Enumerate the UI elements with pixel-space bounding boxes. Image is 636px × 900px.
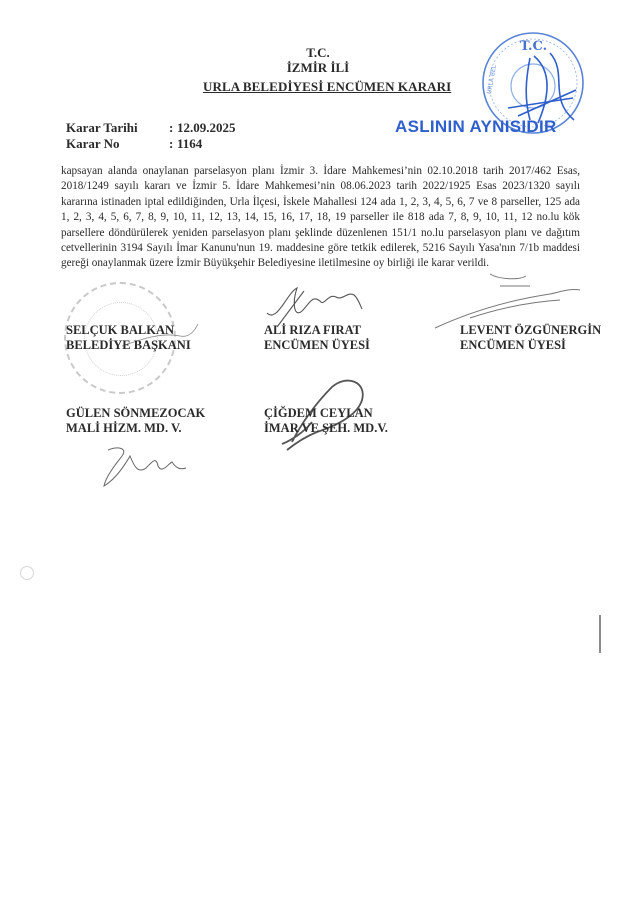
decision-number-value: 1164	[177, 136, 202, 152]
signatory-mayor: SELÇUK BALKAN BELEDİYE BAŞKANI	[66, 323, 191, 353]
decision-meta: Karar Tarihi : 12.09.2025 Karar No : 116…	[66, 120, 236, 152]
decision-date-row: Karar Tarihi : 12.09.2025	[66, 120, 236, 136]
separator: :	[169, 136, 177, 152]
decision-date-value: 12.09.2025	[177, 120, 236, 136]
signatory-role: ENCÜMEN ÜYESİ	[264, 338, 370, 353]
scan-edge-mark	[599, 615, 601, 653]
signature-sonmezocak-icon	[100, 440, 190, 490]
signatory-role: BELEDİYE BAŞKANI	[66, 338, 191, 353]
signatory-member-firat: ALİ RIZA FIRAT ENCÜMEN ÜYESİ	[264, 323, 370, 353]
signatory-member-ozgunergin: LEVENT ÖZGÜNERGİN ENCÜMEN ÜYESİ	[460, 323, 601, 353]
signatory-name: ÇİĞDEM CEYLAN	[264, 406, 388, 421]
signatory-zoning-director: ÇİĞDEM CEYLAN İMAR VE ŞEH. MD.V.	[264, 406, 388, 436]
signatory-role: İMAR VE ŞEH. MD.V.	[264, 421, 388, 436]
decision-body: kapsayan alanda onaylanan parselasyon pl…	[61, 164, 580, 272]
svg-text:T.C.: T.C.	[520, 39, 547, 54]
document-page: T.C. İZMİR İLİ URLA BELEDİYESİ ENCÜMEN K…	[0, 0, 636, 900]
svg-text:URLA BEL: URLA BEL	[486, 64, 498, 95]
decision-number-row: Karar No : 1164	[66, 136, 236, 152]
document-title: URLA BELEDİYESİ ENCÜMEN KARARI	[203, 78, 451, 95]
decision-number-label: Karar No	[66, 136, 169, 152]
signatory-role: ENCÜMEN ÜYESİ	[460, 338, 601, 353]
certified-copy-stamp: ASLININ AYNISIDIR	[395, 117, 557, 137]
punch-hole-icon	[20, 566, 34, 580]
signatory-name: LEVENT ÖZGÜNERGİN	[460, 323, 601, 338]
signatory-name: GÜLEN SÖNMEZOCAK	[66, 406, 205, 421]
decision-date-label: Karar Tarihi	[66, 120, 169, 136]
signatory-finance-director: GÜLEN SÖNMEZOCAK MALİ HİZM. MD. V.	[66, 406, 205, 436]
signatory-role: MALİ HİZM. MD. V.	[66, 421, 205, 436]
signatory-name: SELÇUK BALKAN	[66, 323, 191, 338]
signatory-name: ALİ RIZA FIRAT	[264, 323, 370, 338]
separator: :	[169, 120, 177, 136]
